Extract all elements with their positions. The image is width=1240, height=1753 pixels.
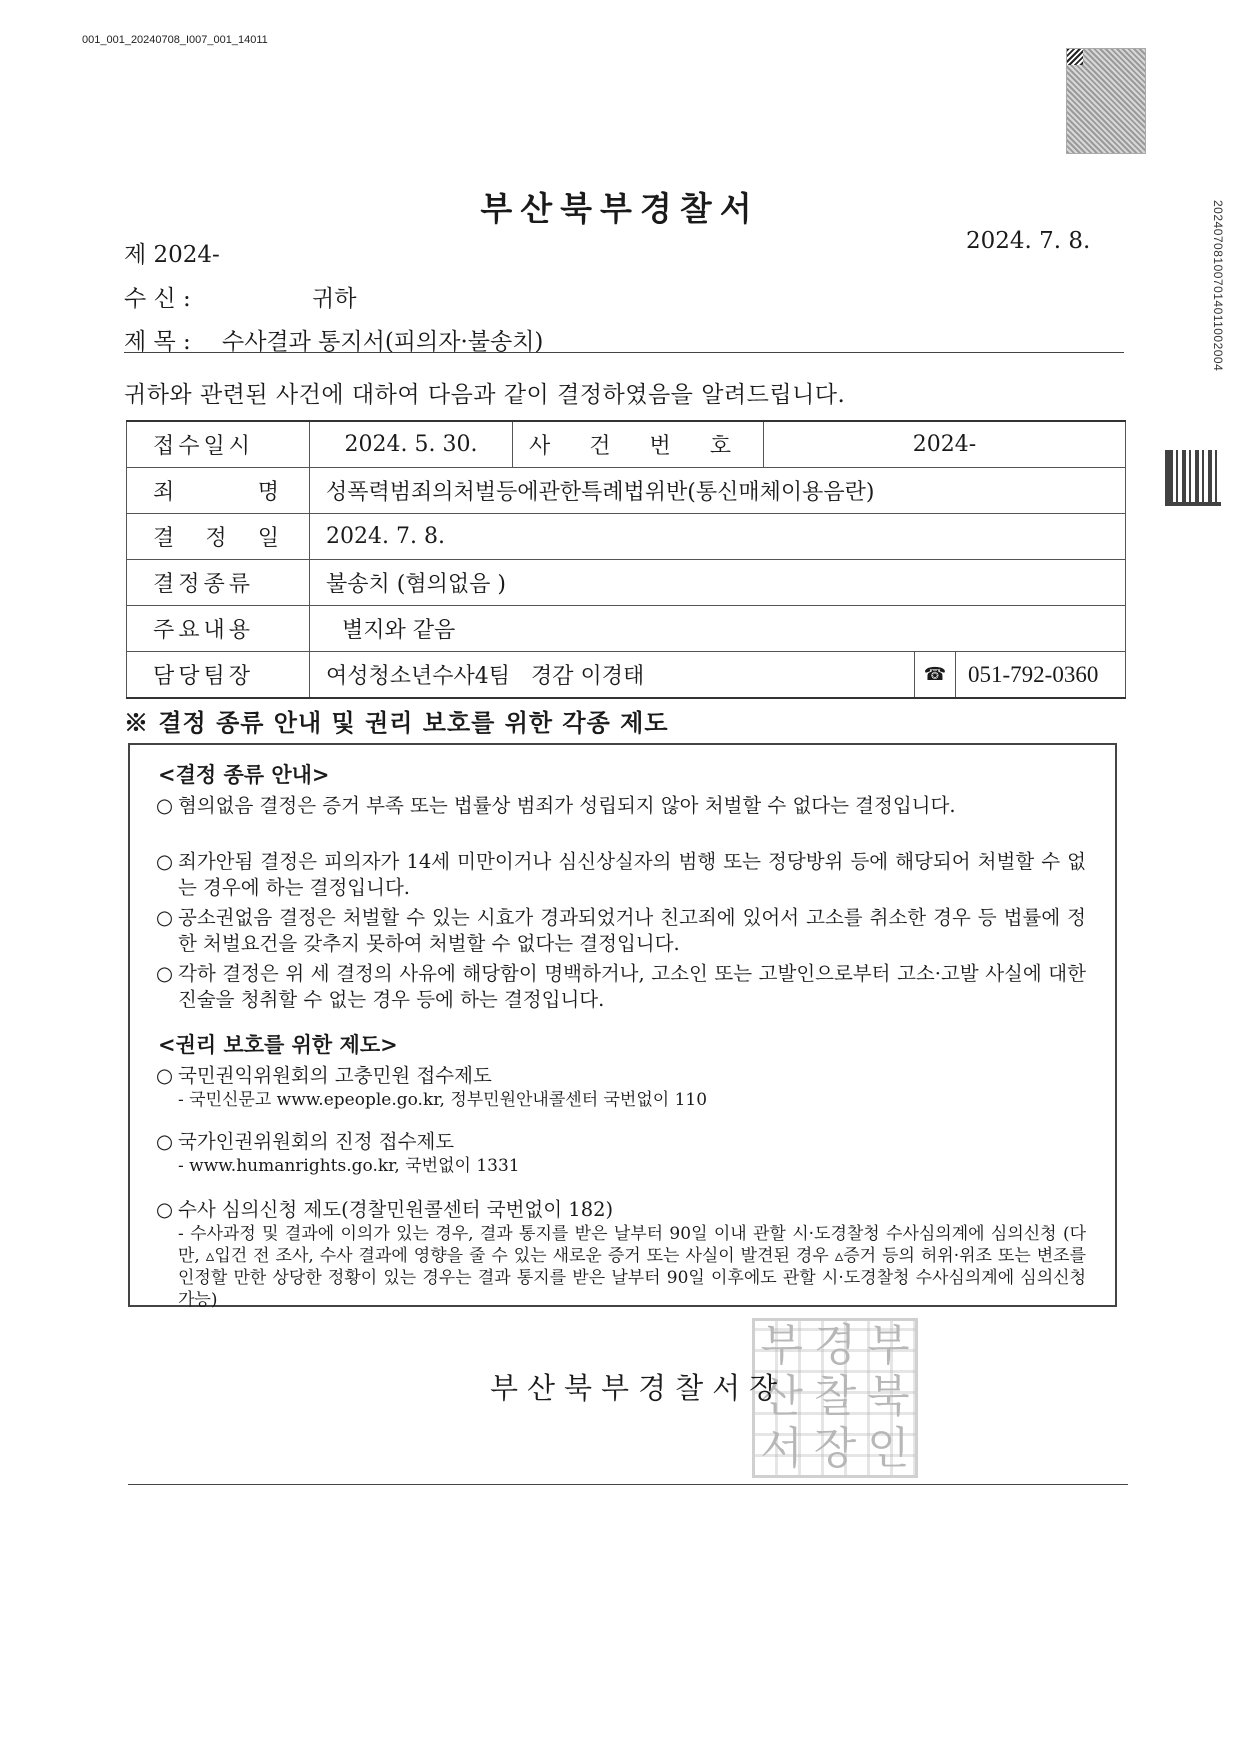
data-matrix-barcode <box>1165 450 1221 506</box>
agency-title: 부산북부경찰서 <box>0 183 1240 230</box>
decision-type-value: 불송치 (혐의없음 ) <box>310 560 1126 606</box>
case-info-table: 접수일시 2024. 5. 30. 사 건 번 호 2024- 죄 명 성폭력범… <box>126 420 1126 699</box>
telephone-icon: ☎ <box>915 652 956 697</box>
notice-box: <결정 종류 안내> ○혐의없음 결정은 증거 부족 또는 법률상 범죄가 성립… <box>128 743 1117 1307</box>
officer-value: 여성청소년수사4팀 경감 이경태 <box>310 652 915 699</box>
security-pattern-code <box>1066 48 1146 154</box>
rights-item: ○국가인권위원회의 진정 접수제도 - www.humanrights.go.k… <box>156 1129 1086 1177</box>
header-divider <box>124 352 1124 353</box>
notice-heading: ※ 결정 종류 안내 및 권리 보호를 위한 각종 제도 <box>124 703 669 738</box>
document-number: 제 2024- <box>124 236 220 269</box>
decision-type-item: ○각하 결정은 위 세 결정의 사유에 해당함이 명백하거나, 고소인 또는 고… <box>156 961 1086 1013</box>
officer-label: 담당팀장 <box>127 652 310 699</box>
decision-date-value: 2024. 7. 8. <box>310 514 1126 560</box>
decision-type-label: 결정종류 <box>127 560 310 606</box>
case-number-value: 2024- <box>764 421 1126 468</box>
summary-label: 주요내용 <box>127 606 310 652</box>
footer-divider <box>128 1484 1128 1485</box>
document-code: 001_001_20240708_I007_001_14011 <box>82 34 268 46</box>
rights-protection-title: <권리 보호를 위한 제도> <box>158 1029 398 1059</box>
rights-item: ○수사 심의신청 제도(경찰민원콜센터 국번없이 182) - 수사과정 및 결… <box>156 1197 1086 1311</box>
recipient-label: 수 신 : <box>124 280 191 313</box>
bullet-icon: ○ <box>156 1063 178 1089</box>
phone-number: 051-792-0360 <box>956 662 1098 688</box>
decision-type-item: ○죄가안됨 결정은 피의자가 14세 미만이거나 심신상실자의 범행 또는 정당… <box>156 849 1086 901</box>
bullet-icon: ○ <box>156 905 178 957</box>
bullet-icon: ○ <box>156 1197 178 1223</box>
decision-type-item: ○공소권없음 결정은 처벌할 수 있는 시효가 경과되었거나 친고죄에 있어서 … <box>156 905 1086 957</box>
bullet-icon: ○ <box>156 849 178 901</box>
intro-text: 귀하와 관련된 사건에 대하여 다음과 같이 결정하였음을 알려드립니다. <box>124 376 845 409</box>
received-label: 접수일시 <box>127 421 310 468</box>
signature-title: 부산북부경찰서장 <box>490 1366 786 1407</box>
decision-type-item: ○혐의없음 결정은 증거 부족 또는 법률상 범죄가 성립되지 않아 처벌할 수… <box>156 793 1086 819</box>
crime-value: 성폭력범죄의처벌등에관한특례법위반(통신매체이용음란) <box>310 468 1126 514</box>
bullet-icon: ○ <box>156 961 178 1013</box>
received-value: 2024. 5. 30. <box>310 421 513 468</box>
summary-value: 별지와 같음 <box>310 606 1126 652</box>
decision-date-label: 결 정 일 <box>127 514 310 560</box>
decision-types-title: <결정 종류 안내> <box>158 759 330 789</box>
bullet-icon: ○ <box>156 1129 178 1155</box>
crime-label: 죄 명 <box>127 468 310 514</box>
rights-item: ○국민권익위원회의 고충민원 접수제도 - 국민신문고 www.epeople.… <box>156 1063 1086 1111</box>
vertical-document-code: 202407081007014011002004 <box>1205 200 1225 420</box>
case-number-label: 사 건 번 호 <box>513 421 764 468</box>
bullet-icon: ○ <box>156 793 178 819</box>
recipient-value: 귀하 <box>312 280 356 313</box>
document-date: 2024. 7. 8. <box>966 228 1090 254</box>
